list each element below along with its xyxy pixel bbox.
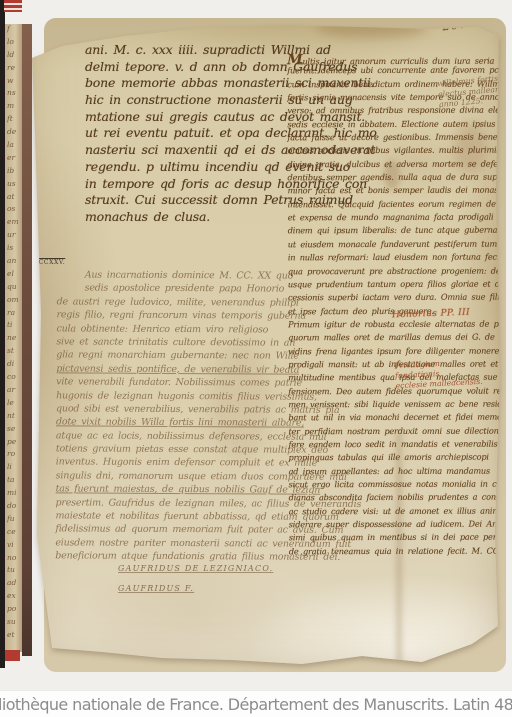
right-column-text: Multis igitur annorum curriculis dum iur… <box>287 52 459 560</box>
margin-note-privilegium: Privilegium fundationisecclesie malleace… <box>394 357 485 392</box>
caption-bar: liothèque nationale de France. Départeme… <box>0 690 512 717</box>
left-column-paragraph-2: Aus incarnationis dominice M. CC. XX quo… <box>55 269 297 565</box>
signature-lines: GAUFRIDUS DE LEZIGNIACO.GAUFRIDUS F. <box>118 564 318 604</box>
facing-page-edge-text: floldrewnsmftdelaeribusatosemurisanelquo… <box>5 24 22 652</box>
left-column-paragraph-1: ani. M. c. xxx iiii. supradicti Willmi a… <box>85 42 297 226</box>
tailband-red <box>5 650 20 661</box>
headband-red <box>4 0 22 12</box>
gutter-shadow <box>22 24 32 656</box>
parchment-page: 207 ani. M. c. xxx iiii. supradicti Will… <box>30 12 500 670</box>
caption-text: liothèque nationale de France. Départeme… <box>0 695 512 714</box>
manuscript-photo: 207 ani. M. c. xxx iiii. supradicti Will… <box>0 0 512 690</box>
left-margin-date-note: MCCXXV. <box>32 259 65 266</box>
